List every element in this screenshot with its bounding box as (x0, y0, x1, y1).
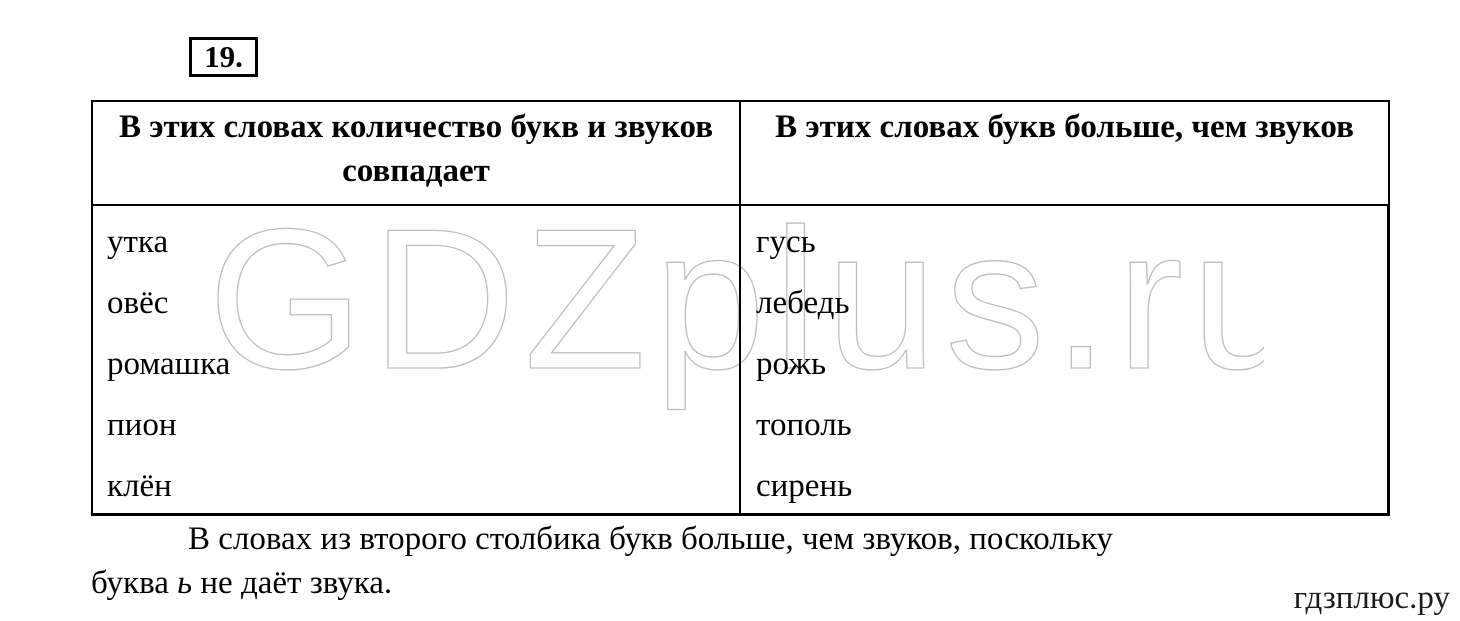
column-more-letters: гусь лебедь рожь тополь сирень (741, 206, 1387, 513)
table-body: утка овёс ромашка пион клён гусь лебедь … (91, 204, 1390, 516)
explanation-line-1: В словах из второго столбика букв больше… (91, 517, 1321, 561)
word-cell: утка (107, 212, 739, 273)
word-cell: гусь (756, 212, 1387, 273)
site-label: гдзплюс.ру (1294, 578, 1450, 618)
word-cell: тополь (756, 395, 1387, 456)
word-cell: рожь (756, 334, 1387, 395)
word-cell: сирень (756, 456, 1387, 517)
word-cell: клён (107, 456, 739, 517)
explanation-paragraph: В словах из второго столбика букв больше… (91, 517, 1321, 605)
explanation-text: буква (91, 565, 177, 601)
word-cell: овёс (107, 273, 739, 334)
soft-sign-letter: ь (177, 565, 192, 601)
word-cell: ромашка (107, 334, 739, 395)
table-header-more-letters: В этих словах букв больше, чем звуков (741, 102, 1388, 205)
table-header-equal-count: В этих словах количество букв и звуков с… (93, 102, 741, 205)
explanation-text: не даёт звука. (192, 565, 392, 601)
word-cell: лебедь (756, 273, 1387, 334)
explanation-line-2: буква ь не даёт звука. (91, 561, 1321, 605)
word-cell: пион (107, 395, 739, 456)
table-header-row: В этих словах количество букв и звуков с… (91, 100, 1390, 205)
task-number-badge: 19. (189, 37, 258, 77)
column-equal-count: утка овёс ромашка пион клён (93, 206, 741, 513)
